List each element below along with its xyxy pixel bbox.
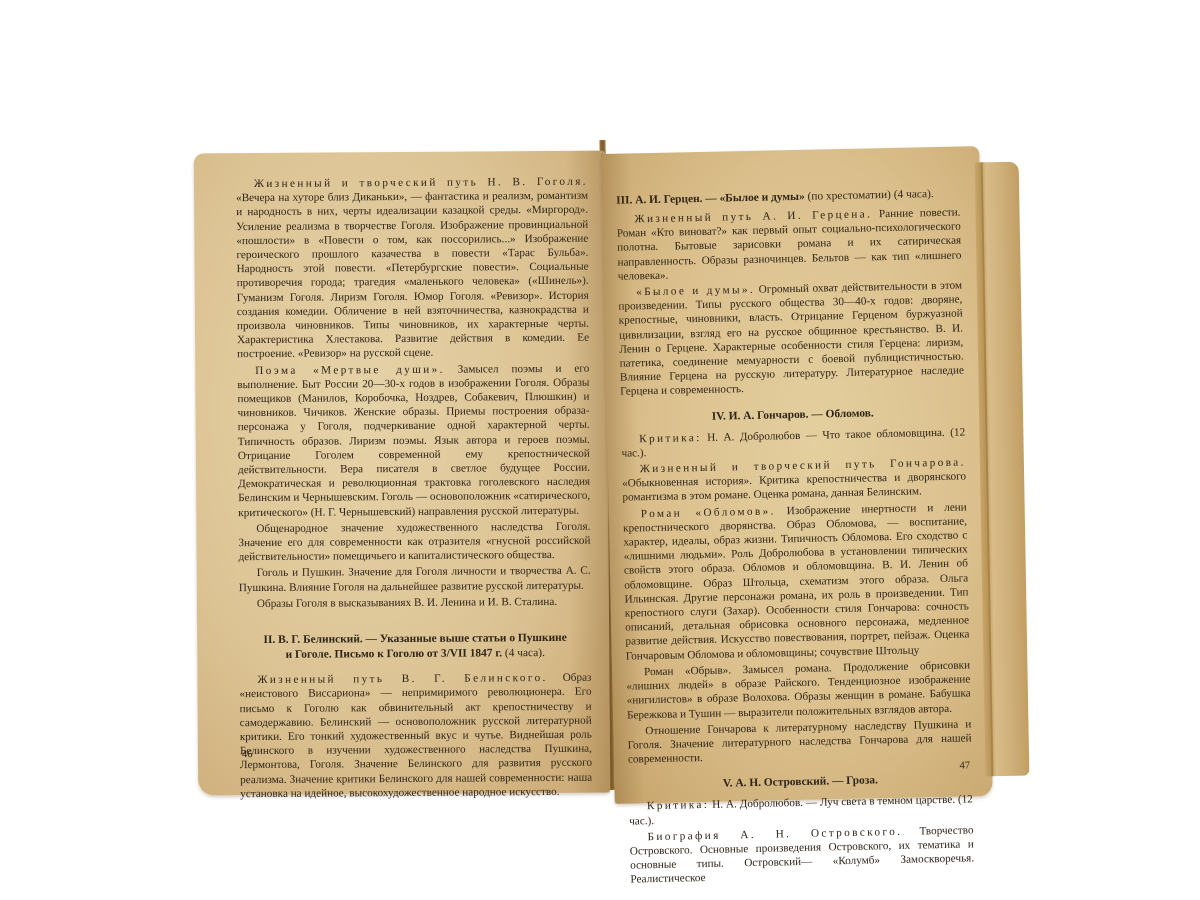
left-page: Жизненный и творческий путь Н. В. Гоголя…	[194, 151, 610, 796]
section-heading-belinsky: II. В. Г. Белинский. — Указанные выше ст…	[259, 631, 571, 663]
paragraph-text: «Обыкновенная история». Критика крепостн…	[622, 471, 966, 504]
paragraph-lead: Поэма «Мертвые души».	[255, 363, 445, 376]
paragraph-lead: «Былое и думы».	[636, 284, 755, 298]
paragraph-gogol-life: Жизненный и творческий путь Н. В. Гоголя…	[236, 175, 589, 362]
paragraph-gogol-pushkin: Гоголь и Пушкин. Значение для Гоголя лич…	[239, 564, 591, 595]
section-heading-herzen: III. А. И. Герцен. — «Былое и думы» (по …	[616, 187, 960, 209]
paragraph-goncharov-life: Жизненный и творческий путь Гончарова. «…	[622, 456, 967, 506]
page-number: 47	[960, 760, 971, 771]
paragraph-herzen-life: Жизненный путь А. И. Герцена. Ранние пов…	[616, 206, 961, 284]
paragraph-byloe-i-dumy: «Былое и думы». Огромный охват действите…	[618, 279, 964, 400]
paragraph-oblomov: Роман «Обломов». Изображение инертности …	[623, 500, 970, 663]
page-edges	[975, 162, 1030, 777]
paragraph-gogol-lenin-stalin: Образы Гоголя в высказываниях В. И. Лени…	[239, 595, 591, 612]
heading-bold: III. А. И. Герцен. — «Былое и думы»	[616, 191, 805, 207]
paragraph-text: «Вечера на хуторе близ Диканьки», — фант…	[236, 190, 589, 361]
paragraph-ostrovsky-bio: Биография А. Н. Островского. Творчество …	[629, 823, 974, 887]
paragraph-text: Образ «неистового Виссариона» — непримир…	[240, 672, 593, 800]
heading-hours: (4 часа).	[502, 647, 545, 659]
page-number: 46	[242, 749, 253, 760]
open-book: Жизненный и творческий путь Н. В. Гоголя…	[0, 0, 1200, 900]
section-heading-ostrovsky: V. А. Н. Островский. — Гроза.	[628, 772, 972, 794]
right-page: III. А. И. Герцен. — «Былое и думы» (по …	[601, 146, 993, 804]
paragraph-belinsky-life: Жизненный путь В. Г. Белинского. Образ «…	[239, 671, 592, 801]
paragraph-text: Изображение инертности и лени крепостнич…	[623, 501, 970, 662]
critic-line-goncharov: Критика: Н. А. Добролюбов — Что такое об…	[621, 425, 966, 461]
critic-label: Критика:	[647, 799, 710, 812]
paragraph-lead: Жизненный и творческий путь Н. В. Гоголя…	[254, 176, 588, 190]
heading-hours: (по хрестоматии) (4 часа).	[805, 188, 934, 203]
paragraph-lead: Роман «Обломов».	[641, 505, 776, 520]
paragraph-text: Замысел поэмы и его выполнение. Быт Росс…	[237, 362, 590, 518]
paragraph-lead: Жизненный путь В. Г. Белинского.	[257, 672, 547, 686]
paragraph-goncharov-legacy: Отношение Гончарова к литературному насл…	[627, 717, 972, 767]
critic-line-ostrovsky: Критика: Н. А. Добролюбов. — Луч света в…	[629, 793, 974, 829]
critic-label: Критика:	[639, 432, 702, 445]
paragraph-dead-souls: Поэма «Мертвые души». Замысел поэмы и ег…	[237, 361, 590, 520]
section-heading-goncharov: IV. И. А. Гончаров. — Обломов.	[621, 404, 965, 426]
paragraph-gogol-legacy: Общенародное значение художественного на…	[238, 520, 590, 565]
paragraph-obryv: Роман «Обрыв». Замысел романа. Продолжен…	[626, 658, 971, 722]
